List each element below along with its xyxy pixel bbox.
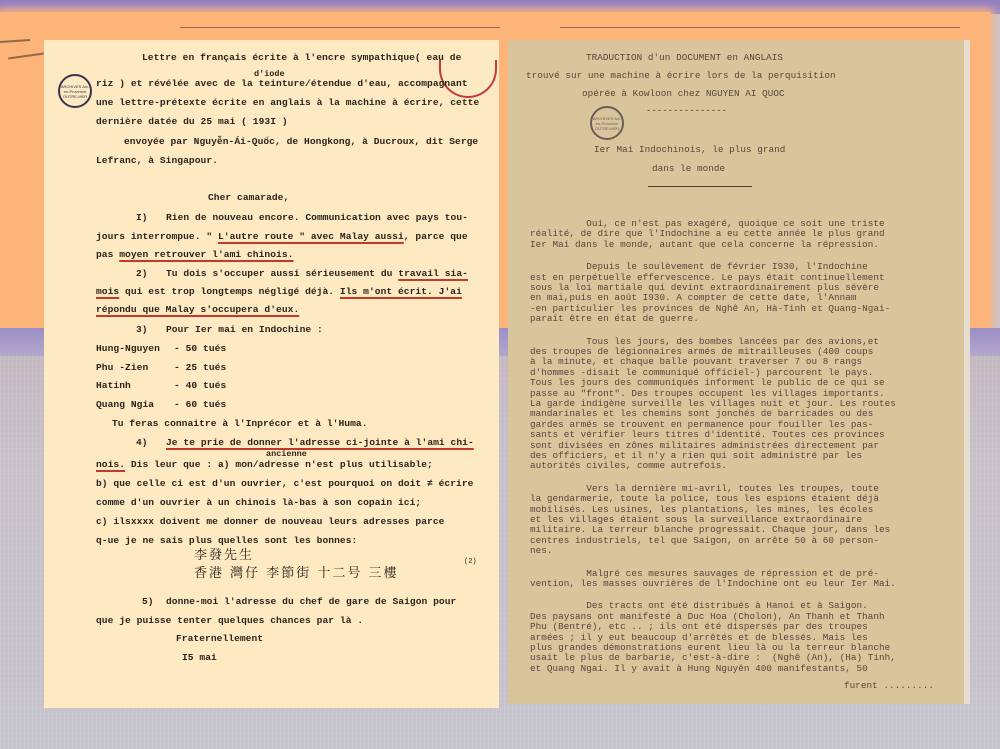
casualty-place: Hatinh <box>96 380 131 391</box>
para2-number: 2) <box>136 268 148 279</box>
header-line: Lettre en français écrite à l'encre symp… <box>142 52 461 63</box>
signoff: Fraternellement <box>176 633 263 644</box>
header-line: riz ) et révélée avec de la teinture/éte… <box>96 78 468 89</box>
footnote-marker: (2) <box>464 558 477 566</box>
para1-line: jours interrompue. " L'autre route " ave… <box>96 231 468 242</box>
body-line: autorités civiles, comme autrefois. <box>530 460 727 471</box>
para4-line: b) que celle ci est d'un ouvrier, c'est … <box>96 478 473 489</box>
body-line: La garde indigène surveille les villages… <box>530 398 896 409</box>
continuation-marker: furent ......... <box>844 680 934 691</box>
separator-dashes: --------------- <box>646 106 727 116</box>
para4-number: 4) <box>136 437 148 448</box>
body-line: Tous les jours, des bombes lancées par d… <box>530 336 879 347</box>
body-line: des troupes de légionnaires armés de mit… <box>530 346 873 357</box>
body-line: mobilisés. Les usines, les plantations, … <box>530 504 873 515</box>
body-line: Tous les jours des communiqués informent… <box>530 377 885 388</box>
archives-stamp-icon: ARCHIVES Aix-en-Provence OUTRE-MER <box>590 106 624 140</box>
letter-date: I5 mai <box>182 652 217 663</box>
body-line: réalité, de dire que l'Indochine a eu ce… <box>530 228 885 239</box>
body-line: Des tracts ont été distribués à Hanoi et… <box>530 600 868 611</box>
header-line: dernière datée du 25 mai ( 193I ) <box>96 116 288 127</box>
para5-line: donne-moi l'adresse du chef de gare de S… <box>166 596 456 607</box>
para5-number: 5) <box>142 596 154 607</box>
body-line: mandarinales et les chemins sont jonchés… <box>530 408 873 419</box>
body-line: sous la loi martiale qui devint extraord… <box>530 282 879 293</box>
body-line: plus grandes démonstrations eurent lieu … <box>530 642 890 653</box>
para4-line: comme d'un ouvrier à un chinois là-bas à… <box>96 497 421 508</box>
chinese-address-name: 李發先生 <box>194 544 254 563</box>
body-line: Malgré ces mesures sauvages de répressio… <box>530 568 879 579</box>
para3-number: 3) <box>136 324 148 335</box>
title-line: trouvé sur une machine à écrire lors de … <box>526 70 836 81</box>
casualty-place: Quang Ngia <box>96 399 154 410</box>
para4-line: Je te prie de donner l'adresse ci-jointe… <box>166 437 474 448</box>
casualty-place: Phu -Zien <box>96 362 148 373</box>
body-line: vention, les masses ouvrières de l'Indoc… <box>530 578 896 589</box>
body-line: à la minute, et chaque balle pouvant tra… <box>530 356 862 367</box>
casualty-count: - 60 tués <box>174 399 226 410</box>
body-line: est en perpétuelle effervescence. Le pay… <box>530 272 885 283</box>
para4-line: c) ilsxxxx doivent me donner de nouveau … <box>96 516 444 527</box>
body-line: d'hommes -disait le communiqué officiel-… <box>530 367 873 378</box>
para1-number: I) <box>136 212 148 223</box>
subtitle-underline <box>648 186 752 187</box>
subtitle-line: Ier Mai Indochinois, le plus grand <box>594 144 785 155</box>
body-line: paraît être en état de guerre. <box>530 313 699 324</box>
body-line: Ier Mai dans le monde, autant que cela c… <box>530 239 879 250</box>
para3-intro: Pour Ier mai en Indochine : <box>166 324 323 335</box>
body-line: armées ; il y eut beaucoup d'arrêtés et … <box>530 632 868 643</box>
para4-insert: ancienne <box>266 449 307 459</box>
left-document-page: ARCHIVES Aix-en-Provence OUTRE-MER Lettr… <box>44 40 499 708</box>
body-line: centres industriels, tel que Saigon, on … <box>530 535 879 546</box>
body-line: Des paysans ont manifesté à Duc Hoa (Cho… <box>530 611 885 622</box>
body-line: en mai,puis en août I930. A compter de c… <box>530 292 856 303</box>
para1-line: pas moyen retrouver l'ami chinois. <box>96 249 293 260</box>
scan-residue <box>560 27 960 28</box>
body-line: passe au "front". Des troupes occupent l… <box>530 388 885 399</box>
subtitle-line: dans le monde <box>652 163 725 174</box>
para4-line: nois. Dis leur que : a) mon/adresse n'es… <box>96 459 433 470</box>
body-line: Phu (Bentré), etc .. ; ils ont été dispe… <box>530 621 868 632</box>
archives-stamp-icon: ARCHIVES Aix-en-Provence OUTRE-MER <box>58 74 92 108</box>
body-line: usait le plus de barbarie, c'est-à-dire … <box>530 652 896 663</box>
body-line: Oui, ce n'est pas exagéré, quoique ce so… <box>530 218 885 229</box>
body-line: des officiers, et il n'y a rien qui soit… <box>530 450 862 461</box>
salutation: Cher camarade, <box>208 192 289 203</box>
body-line: et Quang Ngai. Il y avait à Hung Nguyên … <box>530 663 868 674</box>
title-line: opérée à Kowloon chez NGUYEN AI QUOC <box>582 88 785 99</box>
title-line: TRADUCTION d'un DOCUMENT en ANGLAIS <box>586 52 783 63</box>
body-line: -en particulier les provinces de Nghê An… <box>530 303 890 314</box>
body-line: nes. <box>530 545 553 556</box>
right-document-page: TRADUCTION d'un DOCUMENT en ANGLAIS trou… <box>508 40 970 704</box>
body-line: militaire. La terreur blanche progressai… <box>530 524 890 535</box>
body-line: la gendarmerie, toute la police, tous le… <box>530 493 879 504</box>
header-line: Lefranc, à Singapour. <box>96 155 218 166</box>
casualty-count: - 25 tués <box>174 362 226 373</box>
header-line: envoyée par Nguyễn-Ái-Quốc, de Hongkong,… <box>124 136 478 147</box>
casualty-place: Hung-Nguyen <box>96 343 160 354</box>
para2-line: répondu que Malay s'occupera d'eux. <box>96 304 299 315</box>
body-line: et les villages étaient sous la surveill… <box>530 514 862 525</box>
casualty-count: - 50 tués <box>174 343 226 354</box>
body-line: Depuis le soulèvement de février I930, l… <box>530 261 868 272</box>
para2-line: mois qui est trop longtemps négligé déjà… <box>96 286 462 297</box>
header-line: une lettre-prétexte écrite en anglais à … <box>96 97 479 108</box>
body-line: sont divisées en zônes militaires admini… <box>530 440 879 451</box>
body-line: Vers la dernière mi-avril, toutes les tr… <box>530 483 879 494</box>
scan-residue <box>180 27 500 28</box>
body-line: gardes armés se trouvent en permanence p… <box>530 419 873 430</box>
para1-line: Rien de nouveau encore. Communication av… <box>166 212 468 223</box>
chinese-address-street: 香港 灣仔 李節街 十二号 三樓 <box>194 562 399 581</box>
para5-line: que je puisse tenter quelques chances pa… <box>96 615 363 626</box>
body-line: sants et vérifier leurs titres d'identit… <box>530 429 885 440</box>
para3-closing: Tu feras connaitre à l'Inprécor et à l'H… <box>112 418 368 429</box>
para2-line: Tu dois s'occuper aussi sérieusement du … <box>166 268 468 279</box>
casualty-count: - 40 tués <box>174 380 226 391</box>
